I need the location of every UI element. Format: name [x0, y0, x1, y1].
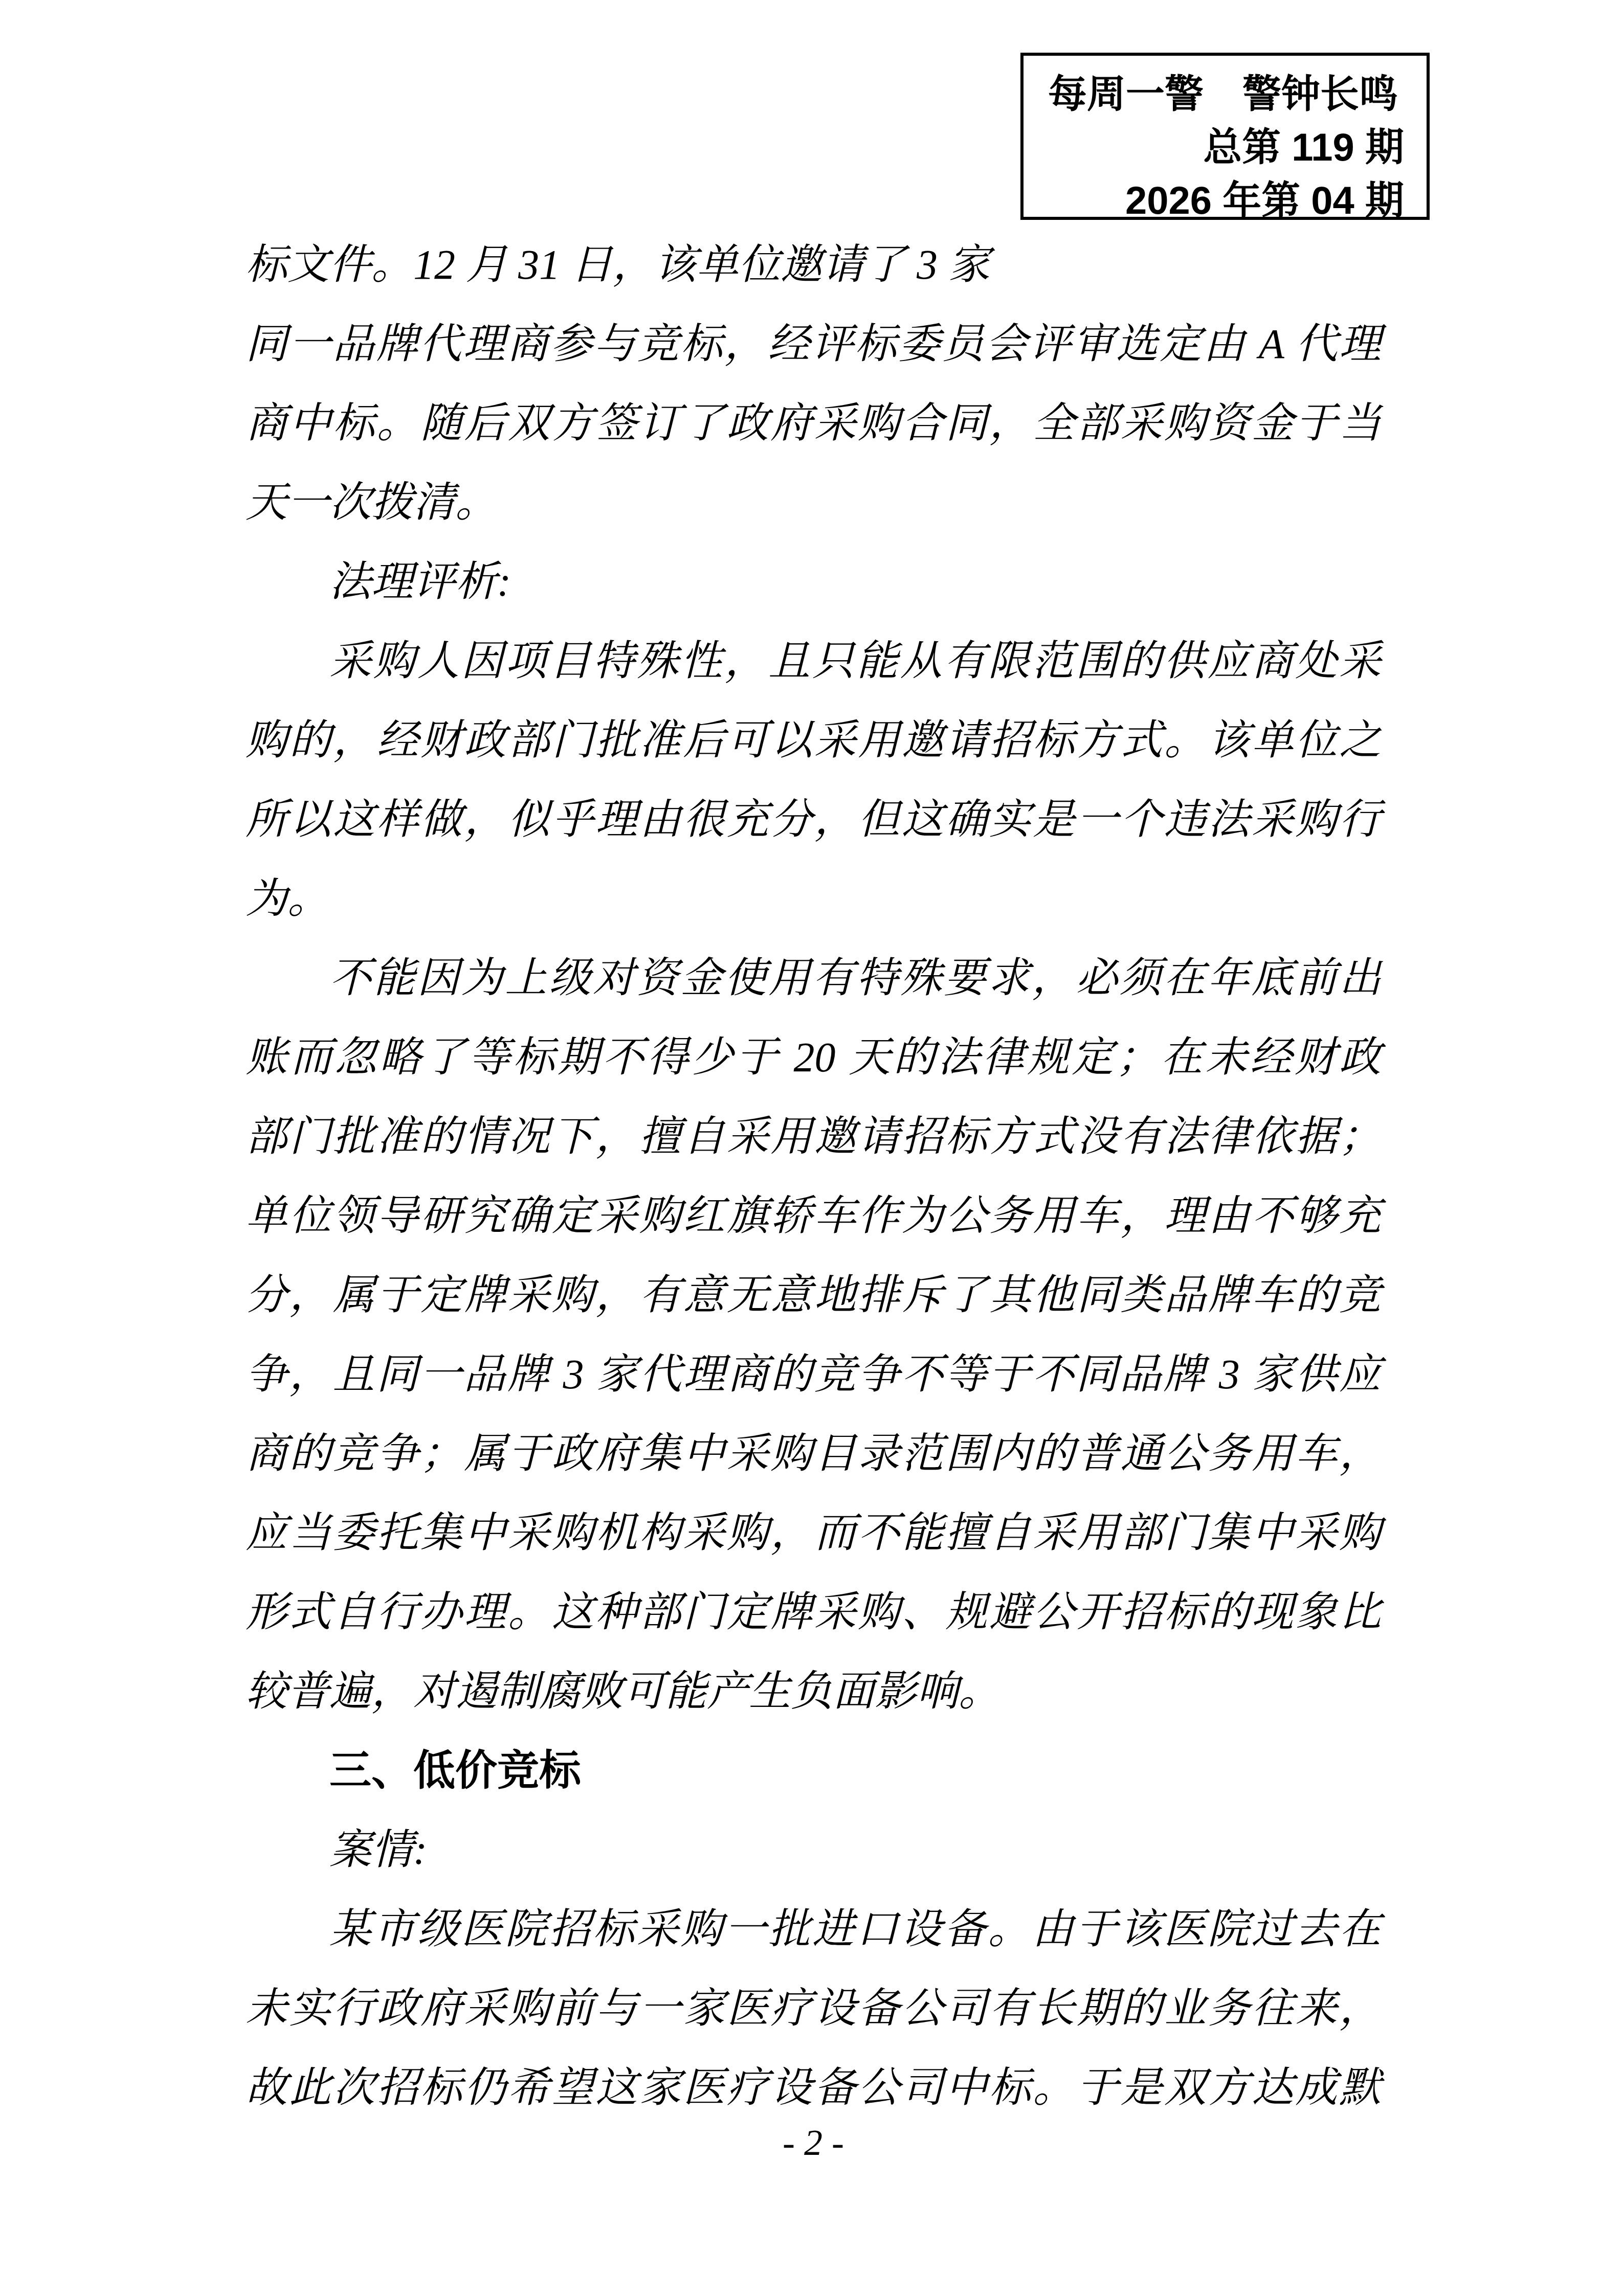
body-line: 同一品牌代理商参与竞标，经评标委员会评审选定由 A 代理 [246, 304, 1381, 384]
body-line: 商的竞争；属于政府集中采购目录范围内的普通公务用车， [246, 1414, 1381, 1493]
body-line: 天一次拨清。 [246, 463, 1381, 542]
body-line: 部门批准的情况下，擅自采用邀请招标方式没有法律依据； [246, 1097, 1381, 1176]
body-line: 应当委托集中采购机构采购，而不能擅自采用部门集中采购 [246, 1493, 1381, 1572]
body-line: 故此次招标仍希望这家医疗设备公司中标。于是双方达成默 [246, 2048, 1381, 2127]
body-line: 分，属于定牌采购，有意无意地排斥了其他同类品牌车的竞 [246, 1255, 1381, 1335]
body-line: 不能因为上级对资金使用有特殊要求，必须在年底前出 [246, 938, 1381, 1018]
header-year-issue: 2026 年第 04 期 [1024, 174, 1427, 228]
body-line: 形式自行办理。这种部门定牌采购、规避公开招标的现象比 [246, 1572, 1381, 1652]
body-line: 未实行政府采购前与一家医疗设备公司有长期的业务往来， [246, 1969, 1381, 2048]
body-line: 账而忽略了等标期不得少于 20 天的法律规定；在未经财政 [246, 1018, 1381, 1097]
issue-header-box: 每周一警 警钟长鸣 总第 119 期 2026 年第 04 期 [1020, 53, 1430, 220]
document-body: 标文件。12 月 31 日，该单位邀请了 3 家同一品牌代理商参与竞标，经评标委… [246, 225, 1381, 2127]
body-line: 商中标。随后双方签订了政府采购合同，全部采购资金于当 [246, 384, 1381, 463]
body-line: 较普遍，对遏制腐败可能产生负面影响。 [246, 1652, 1381, 1731]
page-number: - 2 - [246, 2117, 1381, 2168]
body-line: 争，且同一品牌 3 家代理商的竞争不等于不同品牌 3 家供应 [246, 1335, 1381, 1414]
body-line: 购的，经财政部门批准后可以采用邀请招标方式。该单位之 [246, 701, 1381, 780]
body-line: 案情: [246, 1810, 1381, 1889]
body-line: 为。 [246, 859, 1381, 938]
body-line: 标文件。12 月 31 日，该单位邀请了 3 家 [246, 225, 1381, 304]
body-line: 法理评析: [246, 542, 1381, 621]
body-line: 单位领导研究确定采购红旗轿车作为公务用车，理由不够充 [246, 1176, 1381, 1255]
body-line: 某市级医院招标采购一批进口设备。由于该医院过去在 [246, 1889, 1381, 1969]
body-line: 采购人因项目特殊性，且只能从有限范围的供应商处采 [246, 621, 1381, 701]
header-total-issue: 总第 119 期 [1024, 121, 1427, 174]
header-slogan: 每周一警 警钟长鸣 [1024, 68, 1427, 121]
section-heading: 三、低价竞标 [246, 1731, 1381, 1810]
document-page: 每周一警 警钟长鸣 总第 119 期 2026 年第 04 期 标文件。12 月… [0, 0, 1624, 2296]
body-line: 所以这样做，似乎理由很充分，但这确实是一个违法采购行 [246, 780, 1381, 859]
